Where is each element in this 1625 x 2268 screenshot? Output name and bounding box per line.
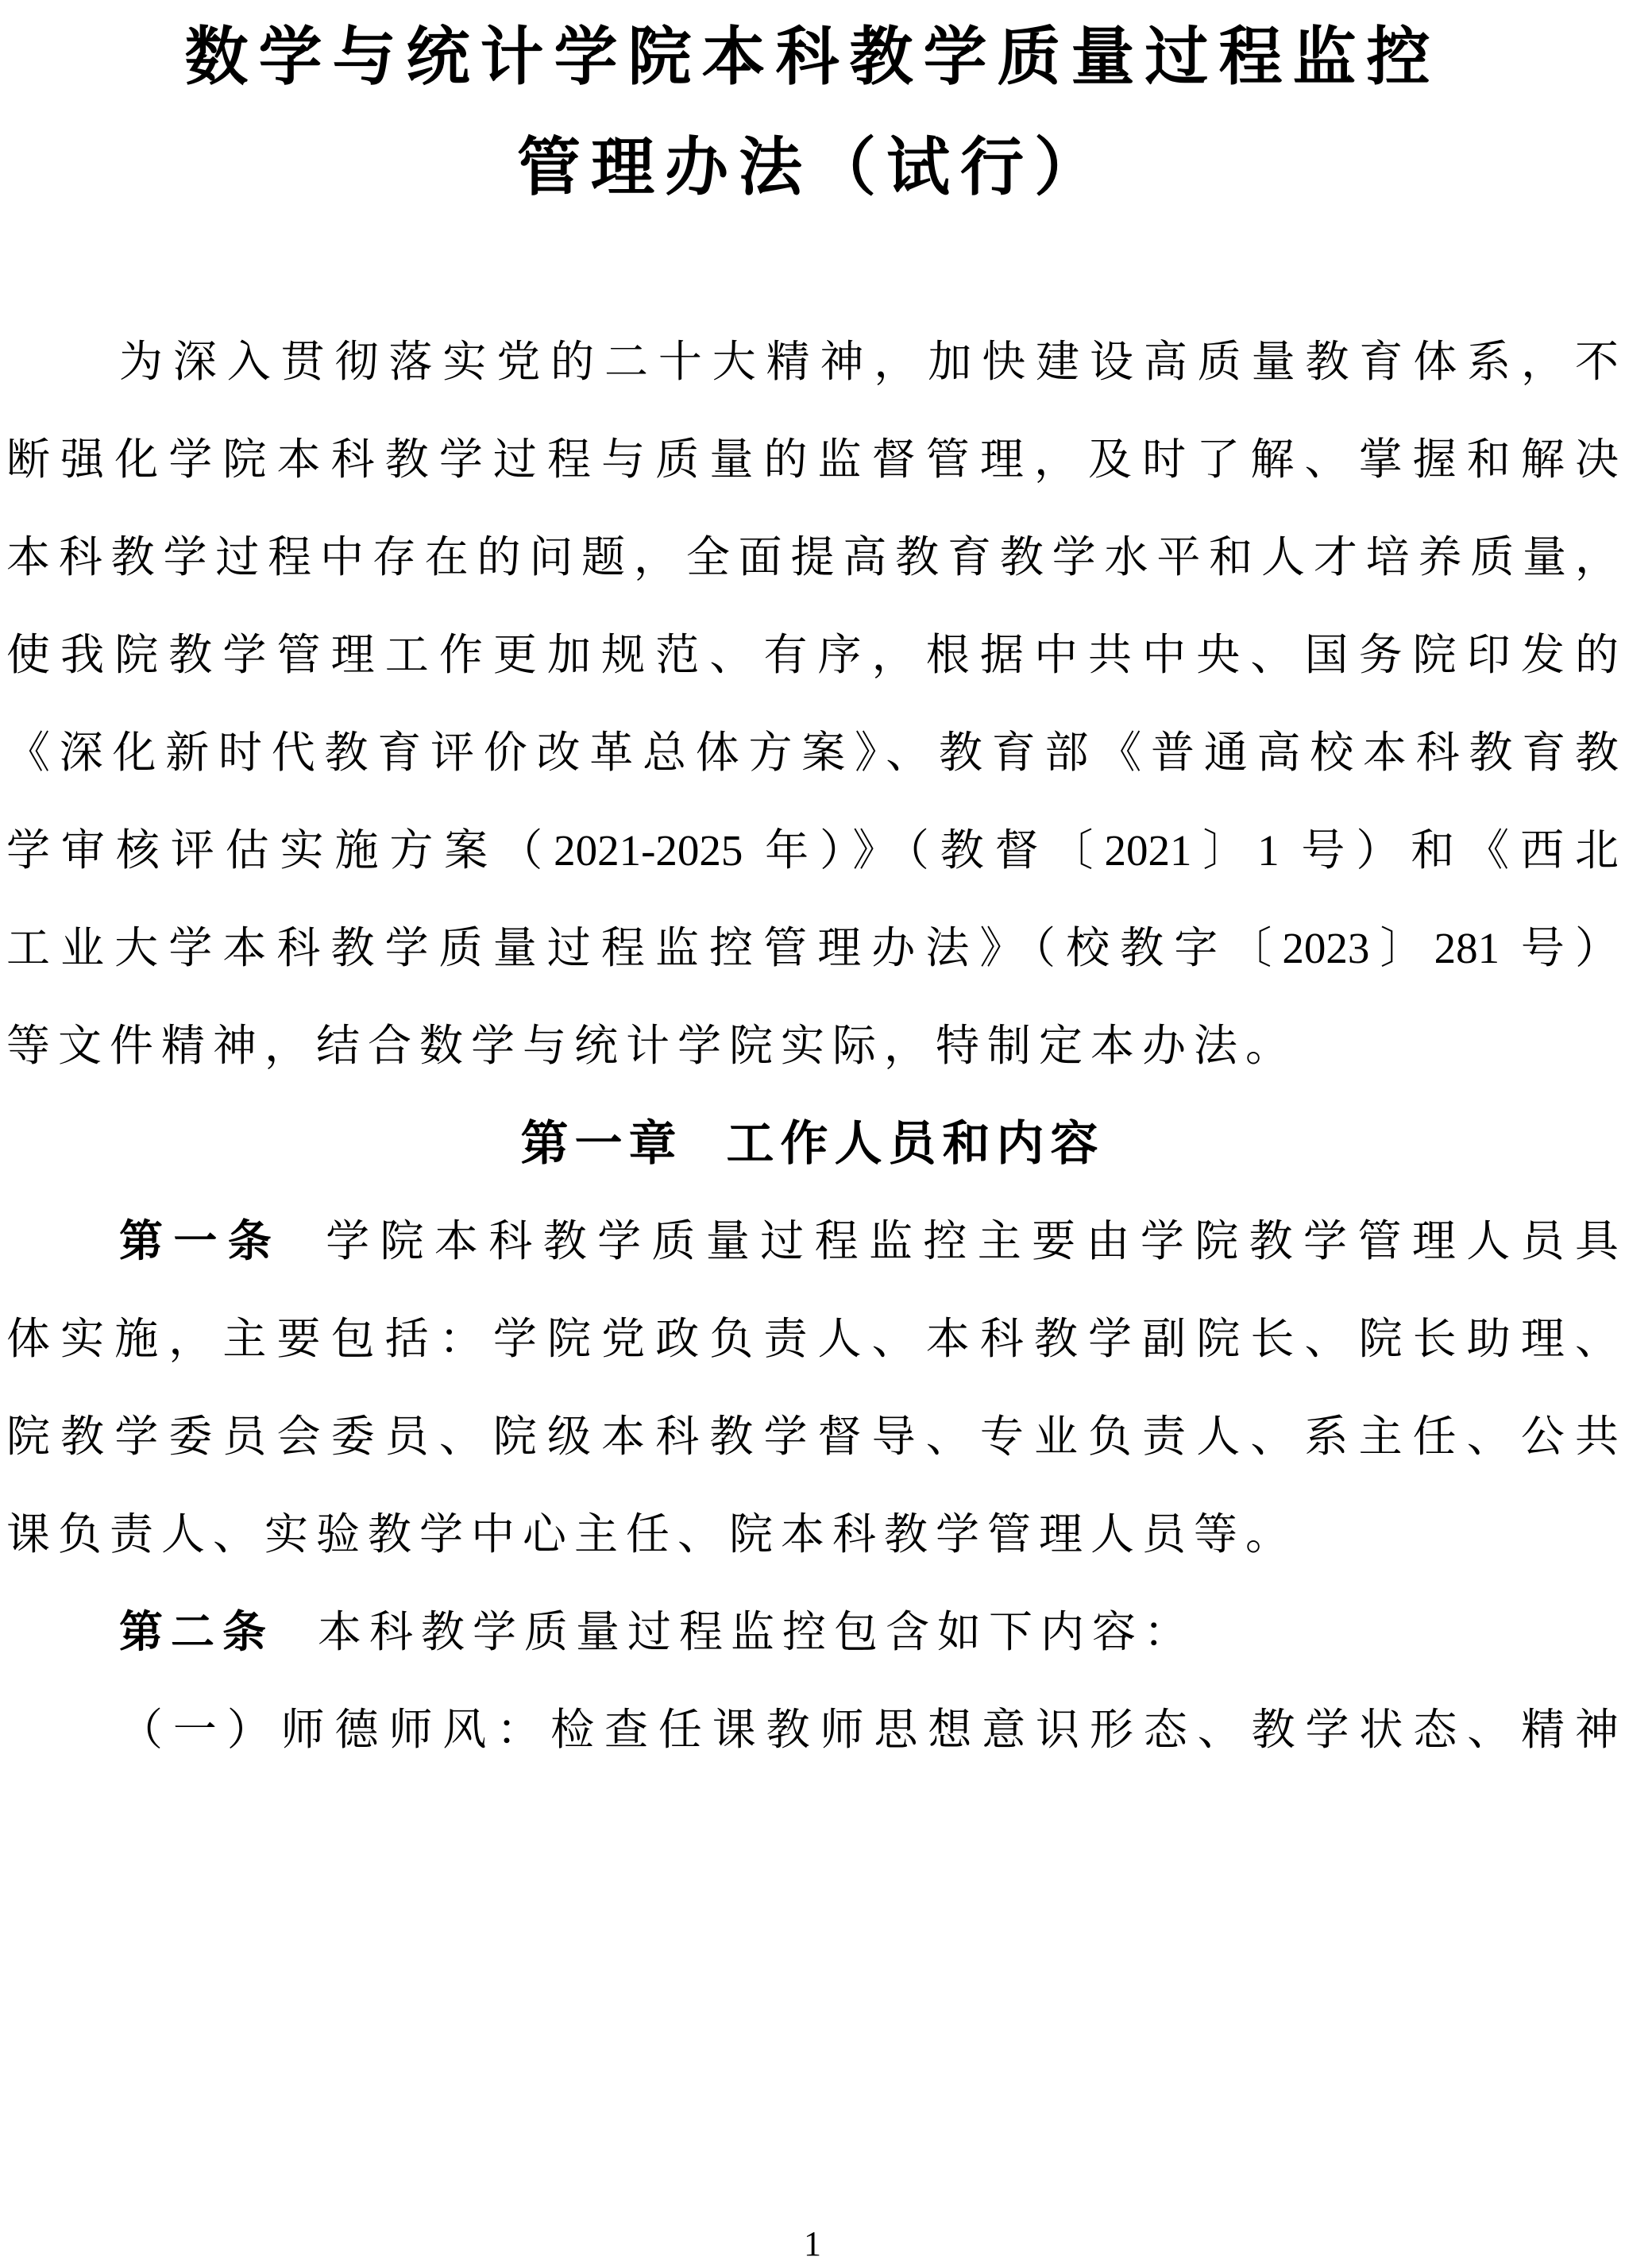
article1-line-2: 体实施，主要包括：学院党政负责人、本科教学副院长、院长助理、: [6, 1290, 1619, 1388]
intro-line-2: 断强化学院本科教学过程与质量的监督管理，及时了解、掌握和解决: [6, 411, 1619, 508]
article2-item1-line: （一）师德师风：检查任课教师思想意识形态、教学状态、精神: [6, 1681, 1619, 1779]
document-body: 为深入贯彻落实党的二十大精神，加快建设高质量教育体系，不 断强化学院本科教学过程…: [6, 313, 1619, 1779]
article2-label: 第二条: [119, 1607, 274, 1656]
article1-line-1: 第一条学院本科教学质量过程监控主要由学院教学管理人员具: [6, 1192, 1619, 1290]
title-line-2: 管理办法（试行）: [6, 112, 1619, 222]
article1-line-3: 院教学委员会委员、院级本科教学督导、专业负责人、系主任、公共: [6, 1388, 1619, 1486]
intro-line-5: 《深化新时代教育评价改革总体方案》、教育部《普通高校本科教育教: [6, 704, 1619, 802]
chapter-number: 第一章: [521, 1117, 683, 1170]
chapter-title: 工作人员和内容: [727, 1117, 1105, 1170]
page-number: 1: [0, 2227, 1625, 2262]
article1-text: 学院本科教学质量过程监控主要由学院教学管理人员具: [326, 1217, 1619, 1265]
article2-line: 第二条本科教学质量过程监控包含如下内容：: [6, 1583, 1619, 1681]
title-line-1: 数学与统计学院本科教学质量过程监控: [6, 2, 1619, 112]
article2-text: 本科教学质量过程监控包含如下内容：: [318, 1608, 1195, 1656]
intro-line-8: 等文件精神，结合数学与统计学院实际，特制定本办法。: [6, 997, 1619, 1095]
document-title: 数学与统计学院本科教学质量过程监控 管理办法（试行）: [6, 0, 1619, 222]
intro-line-1: 为深入贯彻落实党的二十大精神，加快建设高质量教育体系，不: [6, 313, 1619, 411]
chapter-heading: 第一章工作人员和内容: [6, 1095, 1619, 1192]
intro-line-6: 学审核评估实施方案（2021-2025 年）》（教督〔2021〕1 号）和《西北: [6, 802, 1619, 899]
intro-line-4: 使我院教学管理工作更加规范、有序，根据中共中央、国务院印发的: [6, 606, 1619, 704]
document-page: 数学与统计学院本科教学质量过程监控 管理办法（试行） 为深入贯彻落实党的二十大精…: [0, 0, 1625, 2268]
article1-label: 第一条: [119, 1216, 282, 1265]
intro-line-3: 本科教学过程中存在的问题，全面提高教育教学水平和人才培养质量，: [6, 508, 1619, 606]
article1-line-4: 课负责人、实验教学中心主任、院本科教学管理人员等。: [6, 1486, 1619, 1583]
intro-line-7: 工业大学本科教学质量过程监控管理办法》（校教字〔2023〕281 号）: [6, 899, 1619, 997]
